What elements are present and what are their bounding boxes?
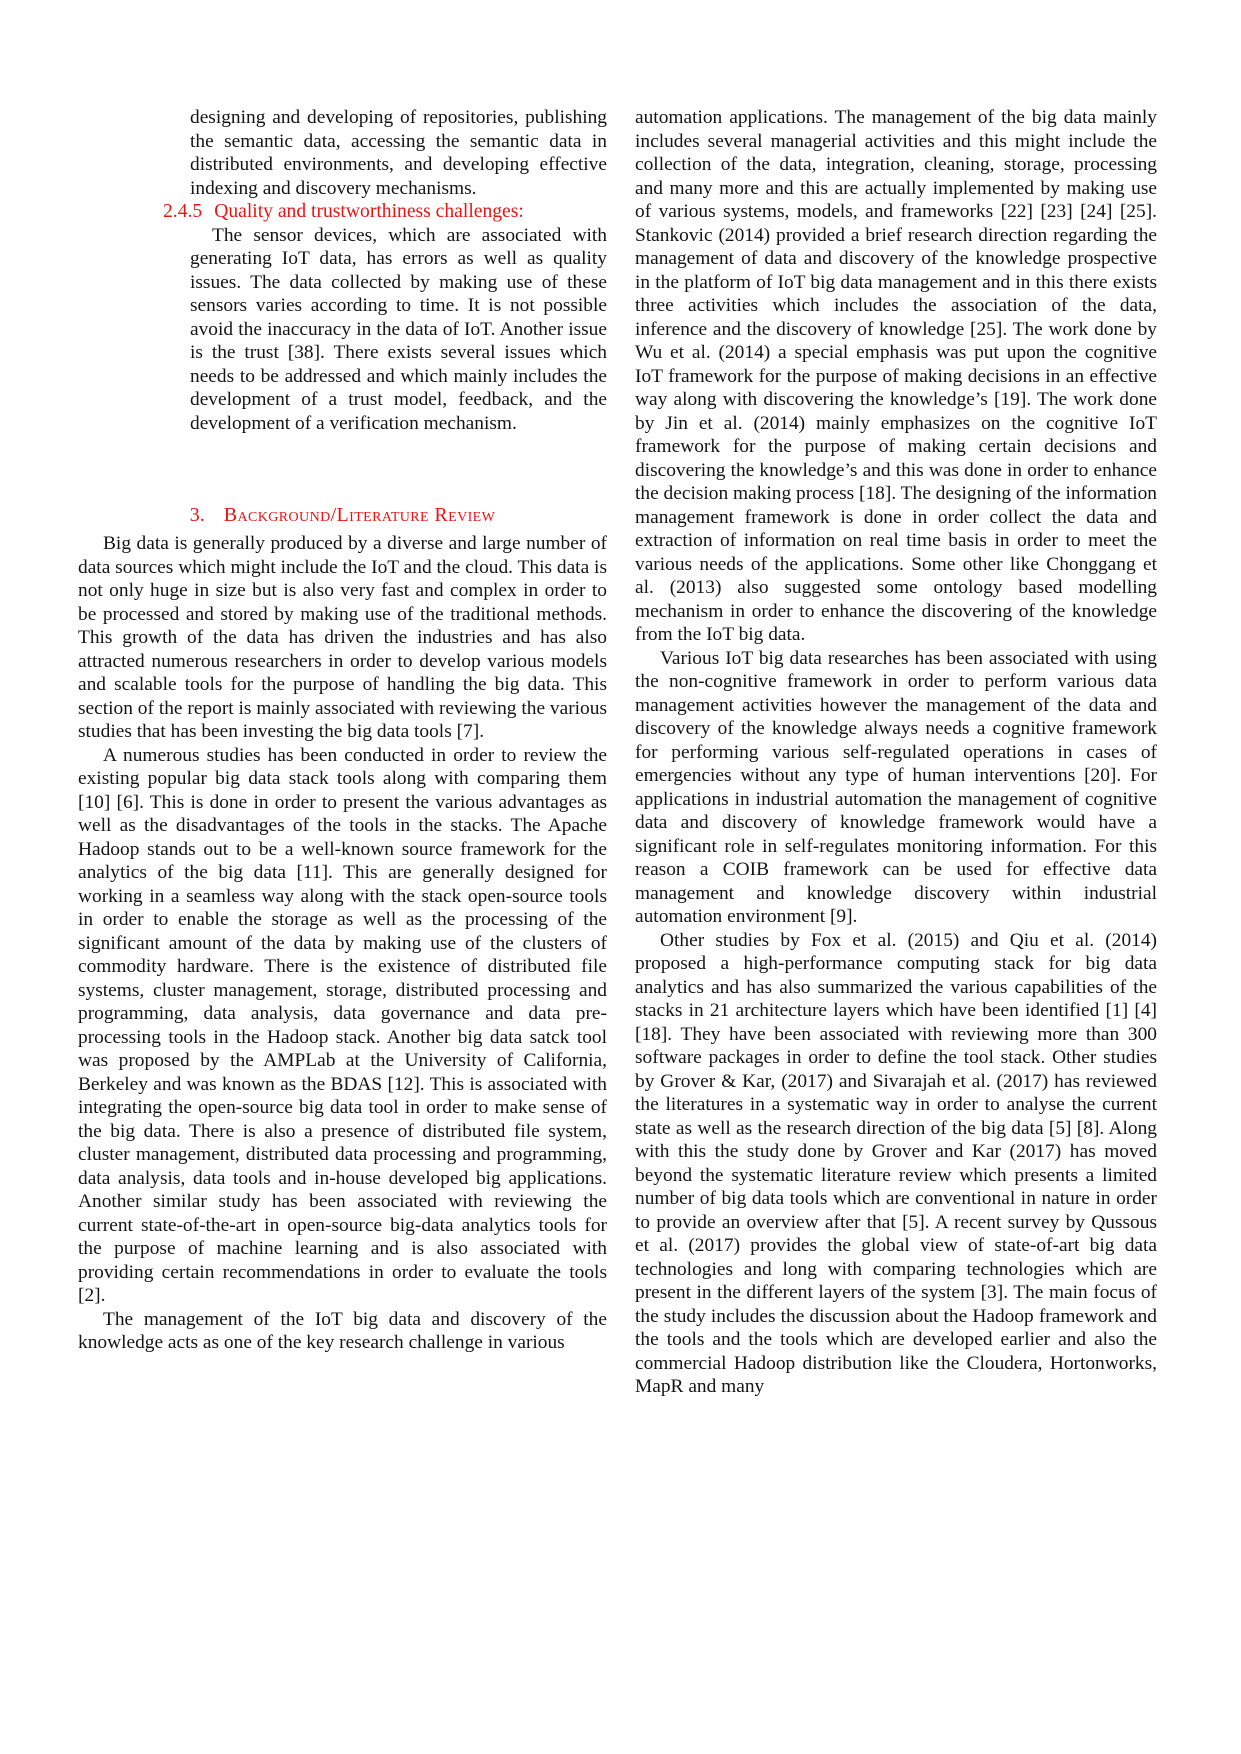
subsection-number: 2.4.5: [163, 201, 202, 222]
body-paragraph: Other studies by Fox et al. (2015) and Q…: [635, 929, 1157, 1399]
subsection-heading-2-4-5: 2.4.5Quality and trustworthiness challen…: [163, 200, 607, 224]
right-column: automation applications. The management …: [635, 106, 1157, 1754]
paper-page: designing and developing of repositories…: [0, 0, 1241, 1754]
left-column: designing and developing of repositories…: [78, 106, 607, 1754]
subsection-paragraph: The sensor devices, which are associated…: [190, 224, 607, 436]
section-heading-3: 3.Background/Literature Review: [78, 503, 607, 527]
body-paragraph: The management of the IoT big data and d…: [78, 1308, 607, 1355]
section-title: Background/Literature Review: [224, 504, 495, 526]
body-paragraph: Various IoT big data researches has been…: [635, 647, 1157, 929]
subsection-title: Quality and trustworthiness challenges:: [214, 201, 524, 222]
body-paragraph: Big data is generally produced by a dive…: [78, 532, 607, 744]
body-paragraph: automation applications. The management …: [635, 106, 1157, 647]
body-paragraph: A numerous studies has been conducted in…: [78, 744, 607, 1308]
list-continuation-paragraph: designing and developing of repositories…: [190, 106, 607, 200]
section-number: 3.: [190, 504, 205, 526]
